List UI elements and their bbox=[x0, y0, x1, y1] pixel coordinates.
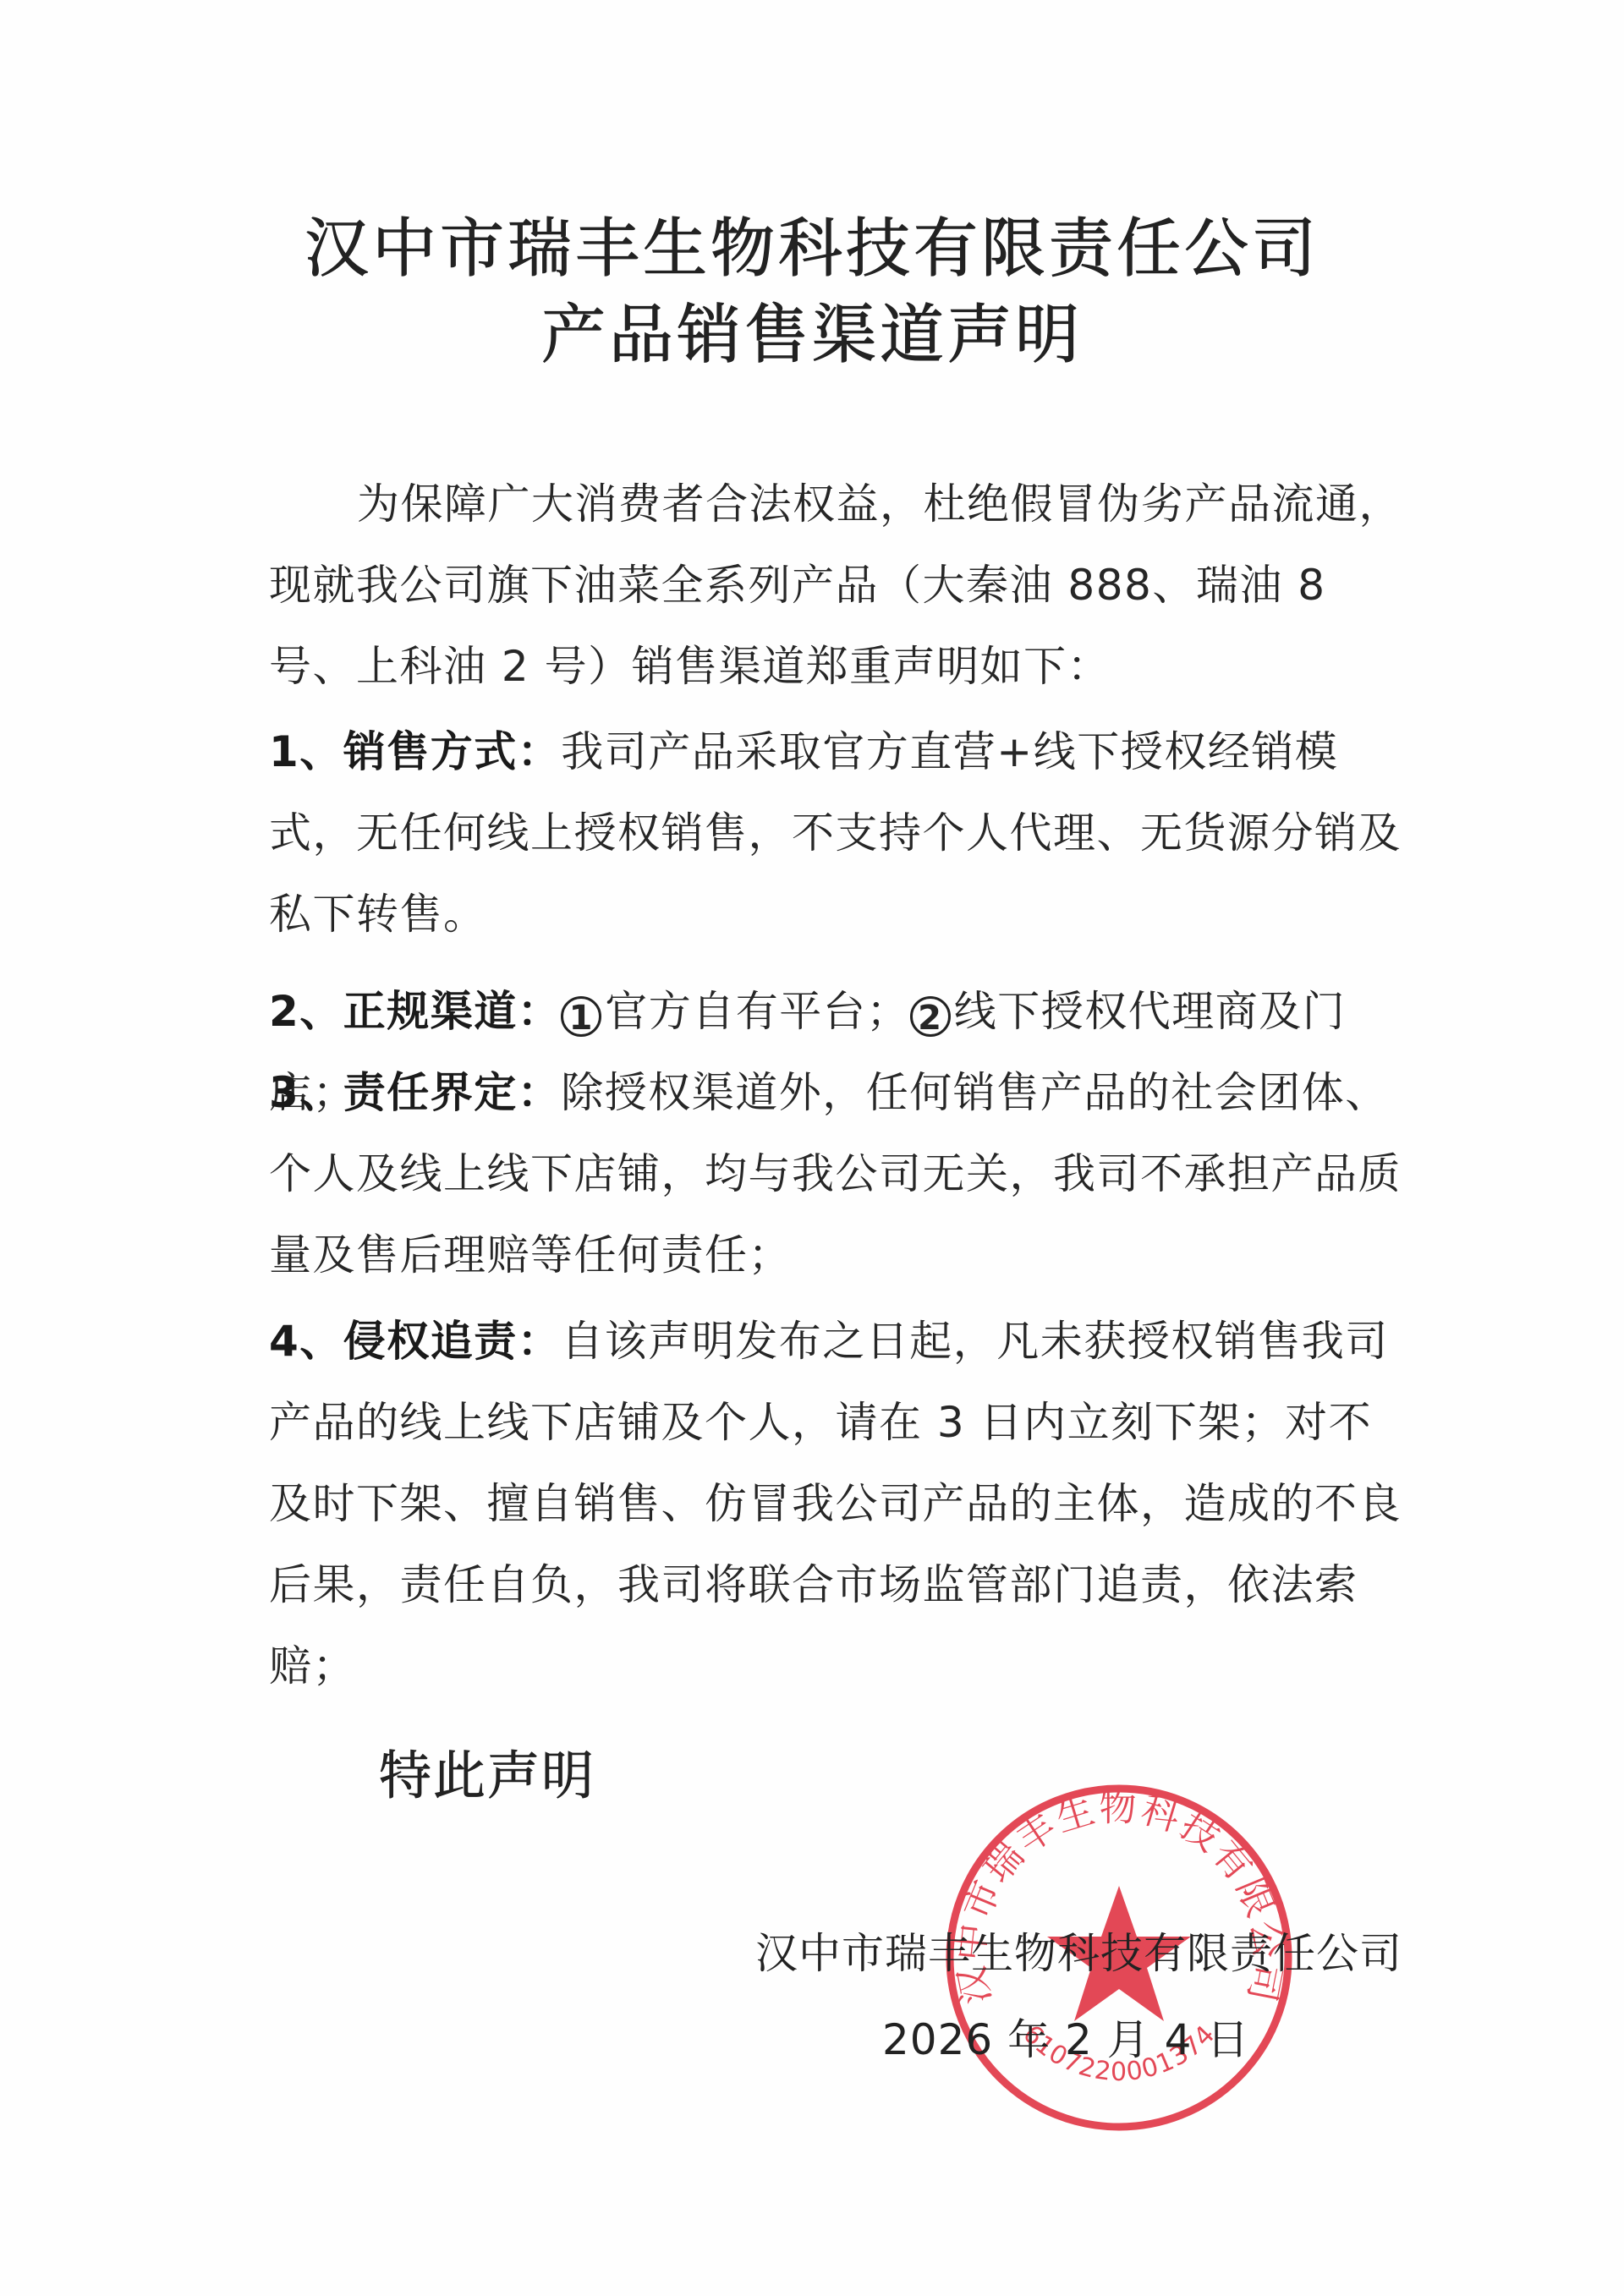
channel-item-1: 官方自有平台； bbox=[605, 987, 910, 1036]
clause-heading: 销售方式： bbox=[343, 727, 562, 776]
document-title-company: 汉中市瑞丰生物科技有限责任公司 bbox=[0, 197, 1624, 289]
circled-number-icon: 2 bbox=[910, 996, 951, 1037]
clause-heading: 责任界定： bbox=[343, 1068, 562, 1117]
clause-infringement: 4、侵权追责：自该声明发布之日起，凡未获授权销售我司产品的线上线下店铺及个人，请… bbox=[269, 1301, 1411, 1707]
closing-statement: 特此声明 bbox=[379, 1734, 595, 1809]
clause-number: 2、 bbox=[269, 987, 343, 1036]
clause-number: 4、 bbox=[269, 1317, 343, 1366]
clause-text: 自该声明发布之日起，凡未获授权销售我司产品的线上线下店铺及个人，请在 3 日内立… bbox=[269, 1317, 1402, 1690]
signature-company: 汉中市瑞丰生物科技有限责任公司 bbox=[755, 1920, 1402, 1981]
document-page: 汉中市瑞丰生物科技有限责任公司 产品销售渠道声明 为保障广大消费者合法权益，杜绝… bbox=[0, 0, 1624, 2296]
clause-heading: 侵权追责： bbox=[343, 1317, 562, 1366]
clause-number: 1、 bbox=[269, 727, 343, 776]
signature-date: 2026 年 2 月 4 日 bbox=[882, 2006, 1249, 2067]
clause-liability: 3、责任界定：除授权渠道外，任何销售产品的社会团体、个人及线上线下店铺，均与我公… bbox=[269, 1052, 1411, 1296]
document-title-statement: 产品销售渠道声明 bbox=[0, 283, 1624, 375]
clause-number: 3、 bbox=[269, 1068, 343, 1117]
intro-paragraph: 为保障广大消费者合法权益，杜绝假冒伪劣产品流通，现就我公司旗下油菜全系列产品（大… bbox=[269, 463, 1411, 707]
clause-heading: 正规渠道： bbox=[343, 987, 562, 1036]
clause-sales-method: 1、销售方式：我司产品采取官方直营+线下授权经销模式，无任何线上授权销售，不支持… bbox=[269, 711, 1411, 955]
circled-number-icon: 1 bbox=[561, 996, 601, 1037]
